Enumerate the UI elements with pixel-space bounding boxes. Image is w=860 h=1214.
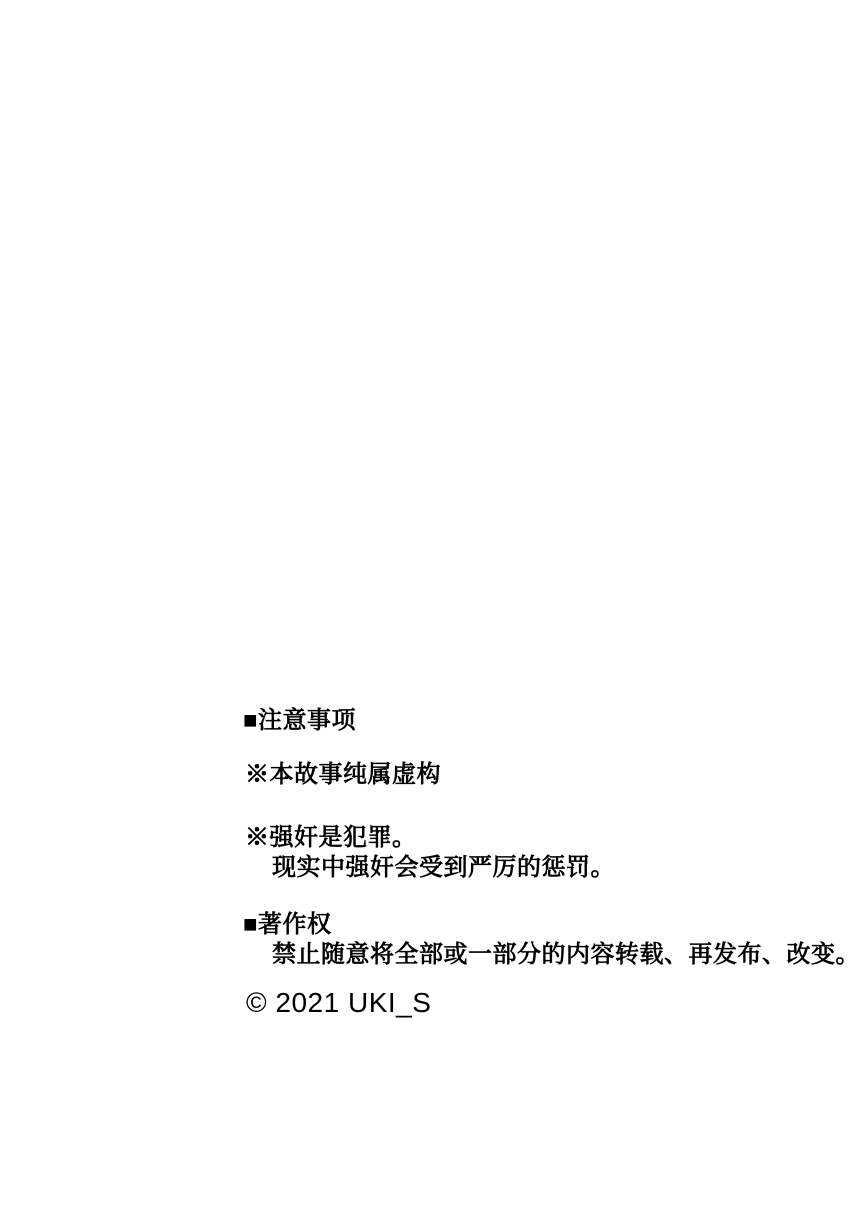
notice-page: ■注意事项 ※本故事纯属虚构 ※强奸是犯罪。 现实中强奸会受到严厉的惩罚。 ■著… [0, 0, 860, 1214]
copyright-restriction-text: 禁止随意将全部或一部分的内容转载、再发布、改变。 [272, 940, 860, 970]
crime-warning-line-2: 现实中强奸会受到严厉的惩罚。 [272, 853, 615, 883]
notice-section-header: ■注意事项 [243, 706, 356, 736]
crime-warning-line-1: ※强奸是犯罪。 [245, 823, 417, 853]
fiction-disclaimer-text: ※本故事纯属虚构 [245, 760, 441, 790]
copyright-section-header: ■著作权 [243, 910, 332, 940]
copyright-credit-line: © 2021 UKI_S [246, 988, 431, 1018]
